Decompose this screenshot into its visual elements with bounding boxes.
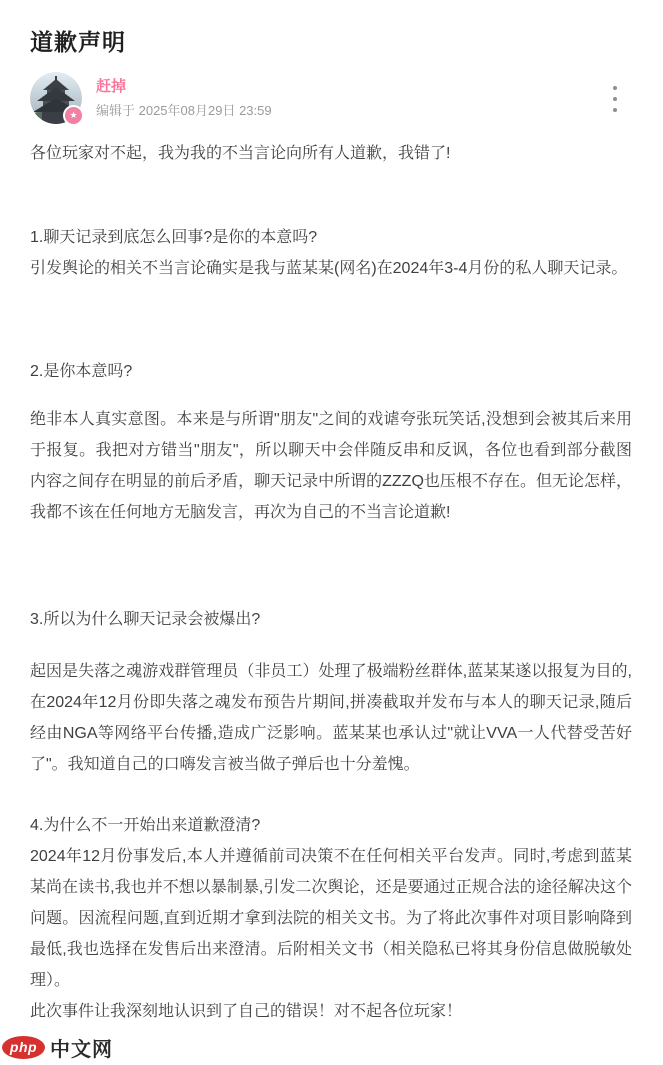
section-q2: 2.是你本意吗? 绝非本人真实意图。本来是与所谓"朋友"之间的戏谑夸张玩笑话,没…	[30, 356, 632, 528]
more-dot	[613, 97, 617, 101]
section-q4-body: 2024年12月份事发后,本人并遵循前司决策不在任何相关平台发声。同时,考虑到蓝…	[30, 841, 632, 996]
php-logo-icon: php	[2, 1036, 45, 1059]
more-options-icon[interactable]	[606, 84, 624, 114]
site-name-text: 中文网	[50, 1033, 113, 1062]
post-content: 各位玩家对不起，我为我的不当言论向所有人道歉，我错了! 1.聊天记录到底怎么回事…	[30, 138, 632, 1027]
section-q3-title: 3.所以为什么聊天记录会被爆出?	[30, 604, 632, 635]
more-dot	[613, 86, 617, 90]
post-header: ★ 赶掉 编辑于 2025年08月29日 23:59	[30, 72, 632, 124]
section-q3: 3.所以为什么聊天记录会被爆出? 起因是失落之魂游戏群管理员（非员工）处理了极端…	[30, 604, 632, 780]
author-name[interactable]: 赶掉	[96, 78, 272, 96]
edit-timestamp: 编辑于 2025年08月29日 23:59	[96, 103, 272, 118]
section-q1-title: 1.聊天记录到底怎么回事?是你的本意吗?	[30, 222, 632, 253]
author-meta: 赶掉 编辑于 2025年08月29日 23:59	[96, 78, 272, 118]
avatar-badge-icon: ★	[63, 105, 84, 126]
section-q2-title: 2.是你本意吗?	[30, 356, 632, 387]
section-q1: 1.聊天记录到底怎么回事?是你的本意吗? 引发舆论的相关不当言论确实是我与蓝某某…	[30, 222, 632, 284]
site-watermark: php 中文网	[2, 1033, 113, 1062]
author-avatar[interactable]: ★	[30, 72, 82, 124]
post-page: 道歉声明	[0, 0, 663, 1027]
more-dot	[613, 108, 617, 112]
section-q4-title: 4.为什么不一开始出来道歉澄清?	[30, 810, 632, 841]
page-title: 道歉声明	[30, 0, 632, 57]
section-q4: 4.为什么不一开始出来道歉澄清? 2024年12月份事发后,本人并遵循前司决策不…	[30, 810, 632, 1027]
section-q2-body: 绝非本人真实意图。本来是与所谓"朋友"之间的戏谑夸张玩笑话,没想到会被其后来用于…	[30, 404, 632, 528]
intro-paragraph: 各位玩家对不起，我为我的不当言论向所有人道歉，我错了!	[30, 138, 632, 169]
section-q1-body: 引发舆论的相关不当言论确实是我与蓝某某(网名)在2024年3-4月份的私人聊天记…	[30, 253, 632, 284]
closing-paragraph: 此次事件让我深刻地认识到了自己的错误！对不起各位玩家！	[30, 996, 632, 1027]
section-q3-body: 起因是失落之魂游戏群管理员（非员工）处理了极端粉丝群体,蓝某某遂以报复为目的,在…	[30, 656, 632, 780]
